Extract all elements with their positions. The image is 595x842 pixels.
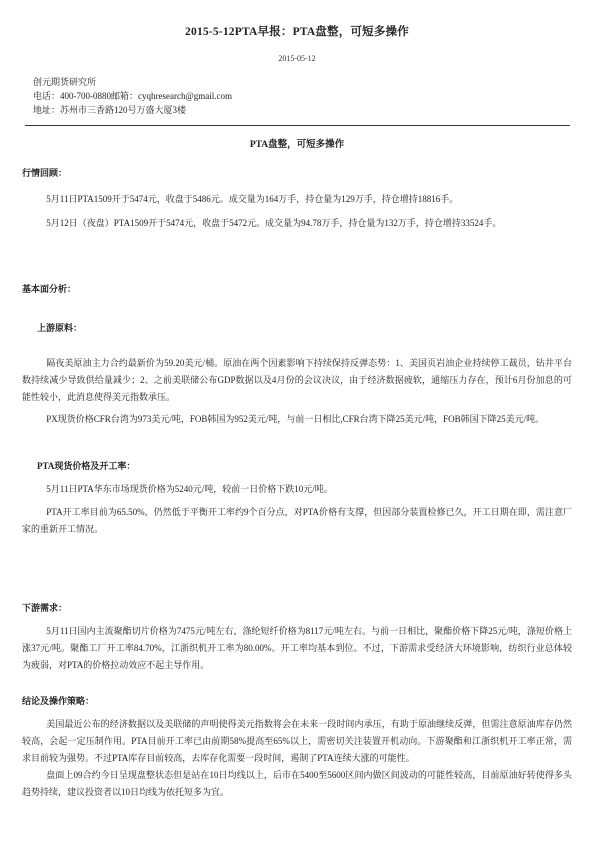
conclusion-paragraph-2: 盘面上09合约今日呈现盘整状态但是站在10日均线以上，后市在5400至5600区… [22, 767, 572, 801]
subsection-heading-upstream: 上游原料： [37, 320, 572, 337]
section-heading-fundamentals: 基本面分析： [22, 281, 572, 298]
market-review-paragraph-1: 5月11日PTA1509开于5474元，收盘于5486元。成交量为164万手，持… [22, 191, 572, 208]
document-title: 2015-5-12PTA早报：PTA盘整，可短多操作 [22, 26, 572, 39]
upstream-paragraph-2: PX现货价格CFR台湾为973美元/吨，FOB韩国为952美元/吨，与前一日相比… [22, 411, 572, 428]
header-divider [25, 125, 570, 126]
org-phone-email: 电话：400-700-0880邮箱：cyqhresearch@gmail.com [33, 89, 572, 103]
org-address: 地址：苏州市三香路120号万盛大厦3楼 [33, 103, 572, 117]
section-heading-downstream: 下游需求： [22, 600, 572, 617]
market-review-paragraph-2: 5月12日（夜盘）PTA1509开于5474元，收盘于5472元。成交量为94.… [22, 215, 572, 232]
org-name: 创元期货研究所 [33, 75, 572, 89]
document-date: 2015-05-12 [22, 54, 572, 64]
pta-spot-paragraph-1: 5月11日PTA华东市场现货价格为5240元/吨，较前一日价格下跌10元/吨。 [22, 481, 572, 498]
downstream-paragraph-1: 5月11日国内主流聚酯切片价格为7475元/吨左右，涤纶短纤价格为8117元/吨… [22, 623, 572, 674]
org-header: 创元期货研究所 电话：400-700-0880邮箱：cyqhresearch@g… [33, 75, 572, 117]
section-heading-market-review: 行情回顾： [22, 165, 572, 182]
conclusion-paragraph-1: 美国最近公布的经济数据以及美联储的声明使得美元指数将会在未来一段时间内承压，有助… [22, 716, 572, 767]
pta-spot-paragraph-2: PTA开工率目前为65.50%，仍然低于平衡开工率约9个百分点，对PTA价格有支… [22, 504, 572, 538]
subsection-heading-pta-spot: PTA现货价格及开工率： [37, 458, 572, 475]
report-page: 2015-5-12PTA早报：PTA盘整，可短多操作 2015-05-12 创元… [0, 0, 595, 842]
upstream-paragraph-1: 隔夜美原油主力合约最新价为59.20美元/桶。原油在两个因素影响下持续保持反弹态… [22, 355, 572, 406]
section-heading-conclusion: 结论及操作策略： [22, 693, 572, 710]
report-headline: PTA盘整，可短多操作 [22, 139, 572, 151]
